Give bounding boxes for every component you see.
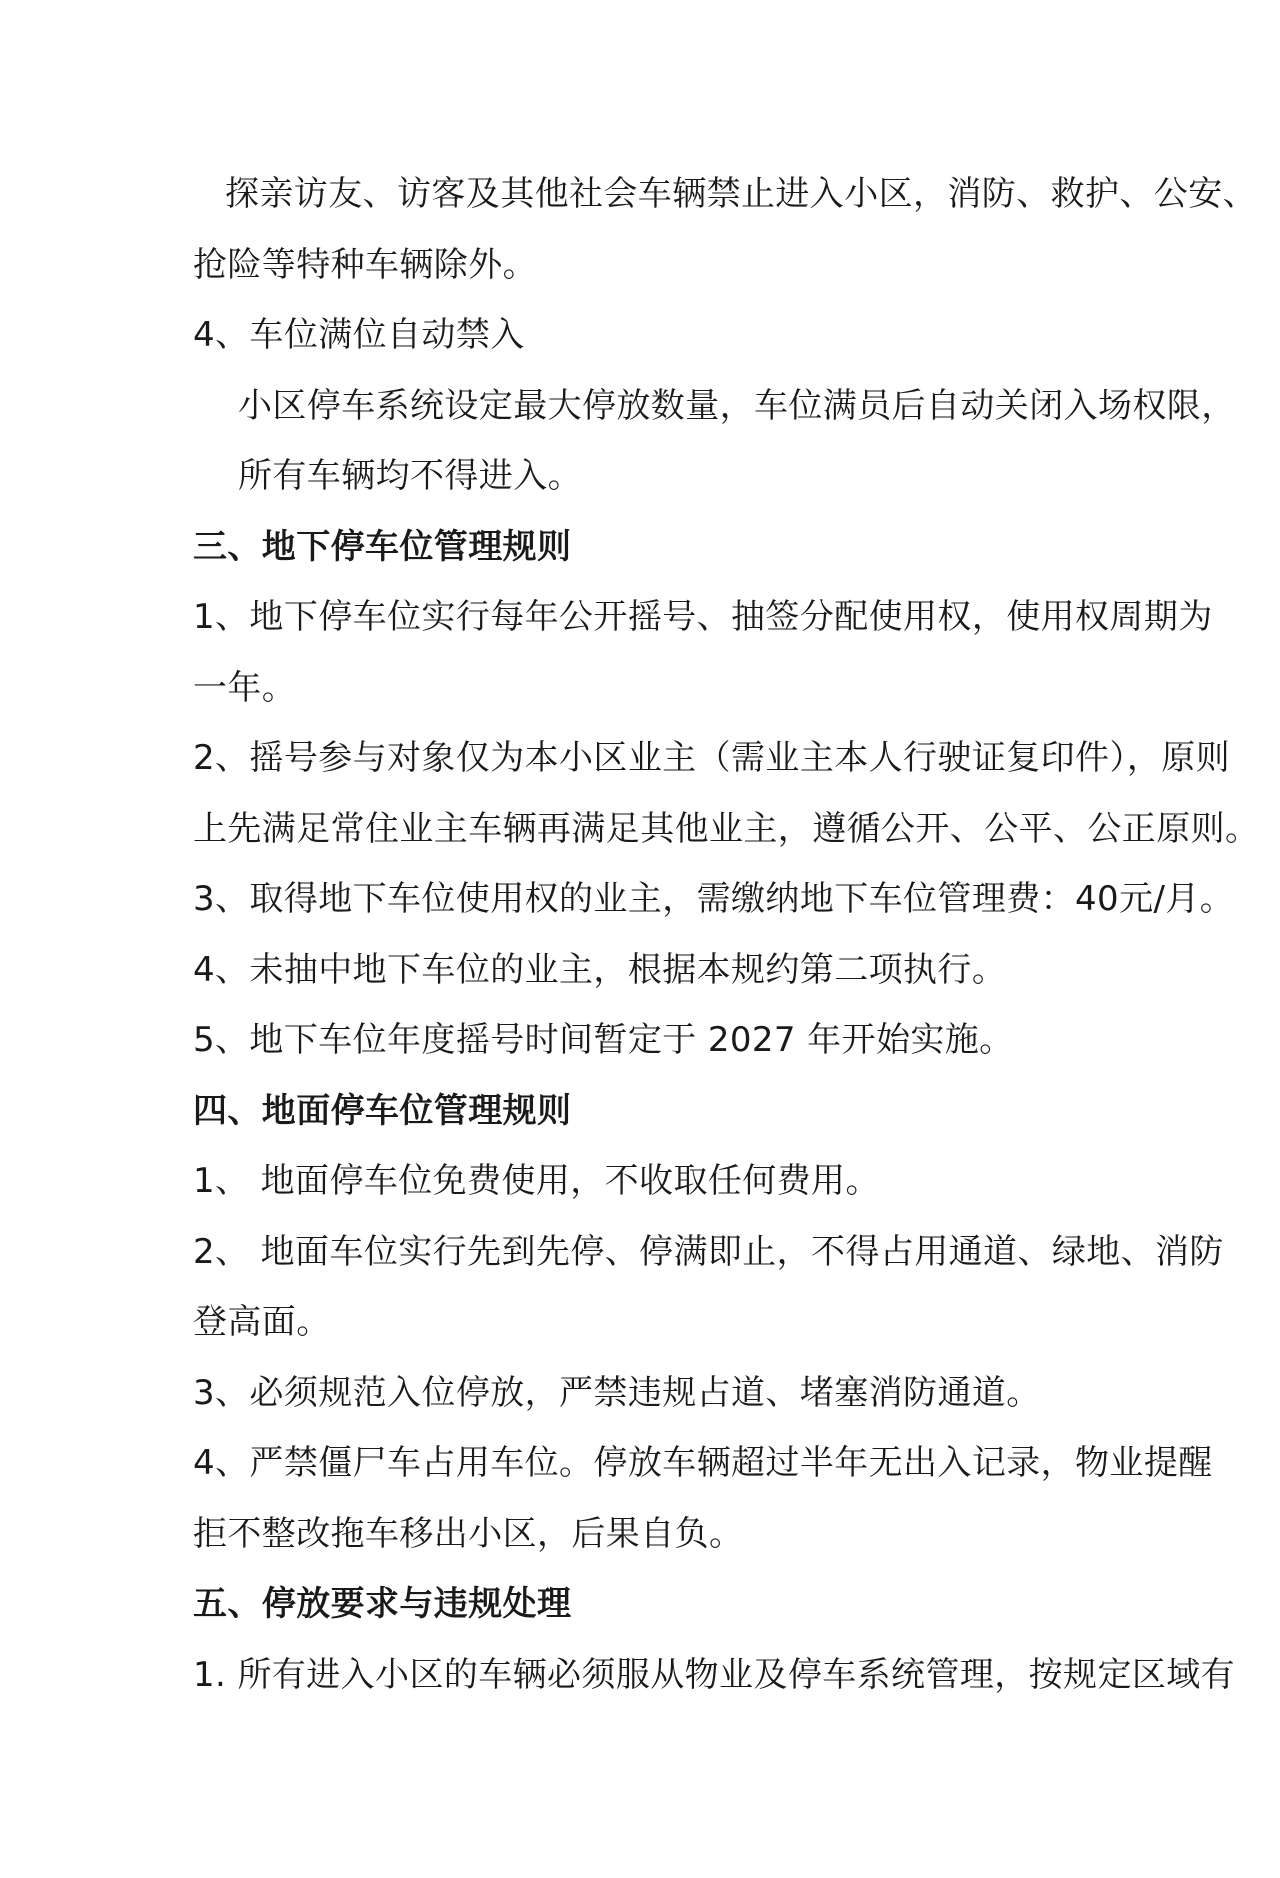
- section-heading-underground-parking: 三、地下停车位管理规则: [193, 512, 1093, 583]
- section-heading-parking-requirements: 五、停放要求与违规处理: [193, 1569, 1093, 1640]
- ground-rule-3: 3、必须规范入位停放，严禁违规占道、堵塞消防通道。: [193, 1358, 1093, 1429]
- paragraph-visitor-vehicles-line-2: 抢险等特种车辆除外。: [193, 230, 1093, 301]
- ground-rule-1: 1、 地面停车位免费使用，不收取任何费用。: [193, 1146, 1093, 1217]
- rule-item-4-body-line-1: 小区停车系统设定最大停放数量，车位满员后自动关闭入场权限，: [193, 371, 1093, 442]
- underground-rule-2-line-2: 上先满足常住业主车辆再满足其他业主，遵循公开、公平、公正原则。: [193, 794, 1090, 865]
- rule-item-4-title: 4、车位满位自动禁入: [193, 300, 1093, 371]
- ground-rule-2-line-1: 2、 地面车位实行先到先停、停满即止，不得占用通道、绿地、消防: [193, 1217, 1090, 1288]
- underground-rule-1-line-2: 一年。: [193, 653, 1093, 724]
- section-heading-ground-parking: 四、地面停车位管理规则: [193, 1076, 1093, 1147]
- rule-item-4-body-line-2: 所有车辆均不得进入。: [193, 441, 1093, 512]
- underground-rule-3: 3、取得地下车位使用权的业主，需缴纳地下车位管理费：40元/月。: [193, 864, 1090, 935]
- ground-rule-4-line-2: 拒不整改拖车移出小区，后果自负。: [193, 1499, 1093, 1570]
- underground-rule-1-line-1: 1、地下停车位实行每年公开摇号、抽签分配使用权，使用权周期为: [193, 582, 1090, 653]
- underground-rule-5: 5、地下车位年度摇号时间暂定于 2027 年开始实施。: [193, 1005, 1093, 1076]
- underground-rule-2-line-1: 2、摇号参与对象仅为本小区业主（需业主本人行驶证复印件），原则: [193, 723, 1090, 794]
- ground-rule-4-line-1: 4、严禁僵尸车占用车位。停放车辆超过半年无出入记录，物业提醒: [193, 1428, 1090, 1499]
- requirements-rule-1-line-1: 1. 所有进入小区的车辆必须服从物业及停车系统管理，按规定区域有: [193, 1640, 1090, 1711]
- underground-rule-4: 4、未抽中地下车位的业主，根据本规约第二项执行。: [193, 935, 1093, 1006]
- document-page: 探亲访友、访客及其他社会车辆禁止进入小区，消防、救护、公安、 抢险等特种车辆除外…: [193, 159, 1093, 1710]
- ground-rule-2-line-2: 登高面。: [193, 1287, 1093, 1358]
- paragraph-visitor-vehicles-line-1: 探亲访友、访客及其他社会车辆禁止进入小区，消防、救护、公安、: [193, 159, 1122, 230]
